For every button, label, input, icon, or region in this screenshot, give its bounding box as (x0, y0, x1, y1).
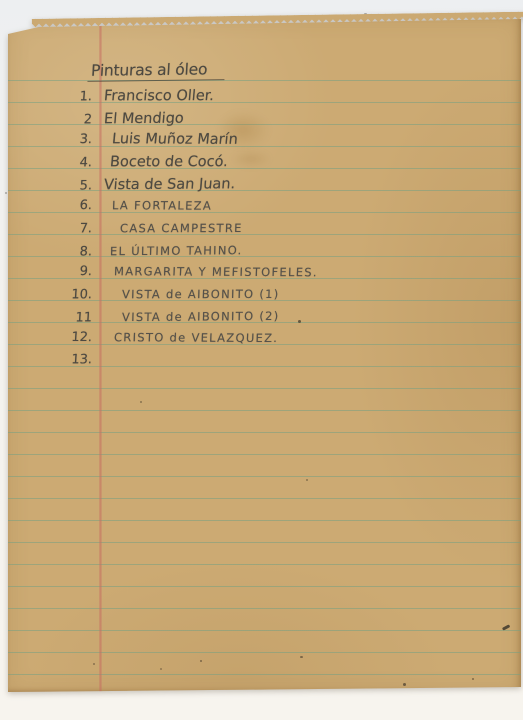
list-item: 10. VISTA de AIBONITO (1) (8, 284, 521, 305)
item-text: Vista de San Juan. (103, 174, 236, 195)
item-text: EL ÚLTIMO TAHINO. (110, 240, 243, 261)
ink-speck (306, 479, 308, 481)
paper-sheet: Pinturas al óleo 1. Francisco Oller. 2 E… (8, 18, 521, 692)
list-item: 7. CASA CAMPESTRE (8, 218, 521, 239)
list-item: 9. MARGARITA Y MEFISTOFELES. (8, 261, 521, 284)
ink-speck (298, 320, 301, 323)
item-number: 6. (7, 196, 93, 216)
item-number: 9. (7, 262, 93, 282)
list-item: 1. Francisco Oller. (8, 86, 521, 107)
list-item: 3. Luis Muñoz Marín (8, 129, 521, 152)
item-number: 4. (7, 153, 92, 173)
ink-speck (300, 656, 303, 658)
item-text: VISTA de AIBONITO (1) (122, 284, 280, 304)
notebook-paper: Pinturas al óleo 1. Francisco Oller. 2 E… (8, 18, 521, 692)
item-text: MARGARITA Y MEFISTOFELES. (114, 261, 319, 282)
ink-speck (403, 683, 406, 686)
list-item: 11 VISTA de AIBONITO (2) (8, 304, 521, 328)
ink-speck (93, 663, 95, 665)
list-item: 5. Vista de San Juan. (8, 172, 521, 196)
item-text: CASA CAMPESTRE (120, 218, 243, 238)
item-text: Luis Muñoz Marín (111, 129, 239, 150)
item-text: Boceto de Cocó. (109, 152, 229, 172)
list-item: 4. Boceto de Cocó. (8, 152, 521, 173)
list-item: 12. CRISTO de VELAZQUEZ. (8, 327, 521, 350)
item-text: El Mendigo (103, 109, 184, 130)
item-number: 13. (7, 350, 92, 370)
item-text: Francisco Oller. (103, 86, 215, 106)
page-title: Pinturas al óleo (88, 60, 225, 81)
scanned-page-view: { "document": { "title": "Pinturas al ól… (0, 0, 523, 720)
dust-speck (5, 192, 7, 194)
item-number: 3. (7, 130, 93, 150)
ink-speck (472, 678, 474, 680)
item-number: 7. (7, 219, 92, 239)
list-item: 2 El Mendigo (8, 106, 521, 130)
list-item: 8. EL ÚLTIMO TAHINO. (8, 238, 521, 262)
list-item: 6. LA FORTALEZA (8, 195, 521, 218)
ink-speck (160, 668, 162, 670)
page-title-text: Pinturas al óleo (87, 60, 225, 82)
item-text: CRISTO de VELAZQUEZ. (114, 327, 279, 348)
item-number: 12. (7, 328, 93, 348)
item-number: 1. (7, 87, 92, 107)
item-text: VISTA de AIBONITO (2) (122, 306, 280, 327)
item-number: 10. (7, 285, 92, 305)
item-text: LA FORTALEZA (112, 195, 213, 216)
ink-speck (200, 660, 202, 662)
ink-speck (140, 401, 142, 403)
list-item: 13. (8, 350, 521, 371)
